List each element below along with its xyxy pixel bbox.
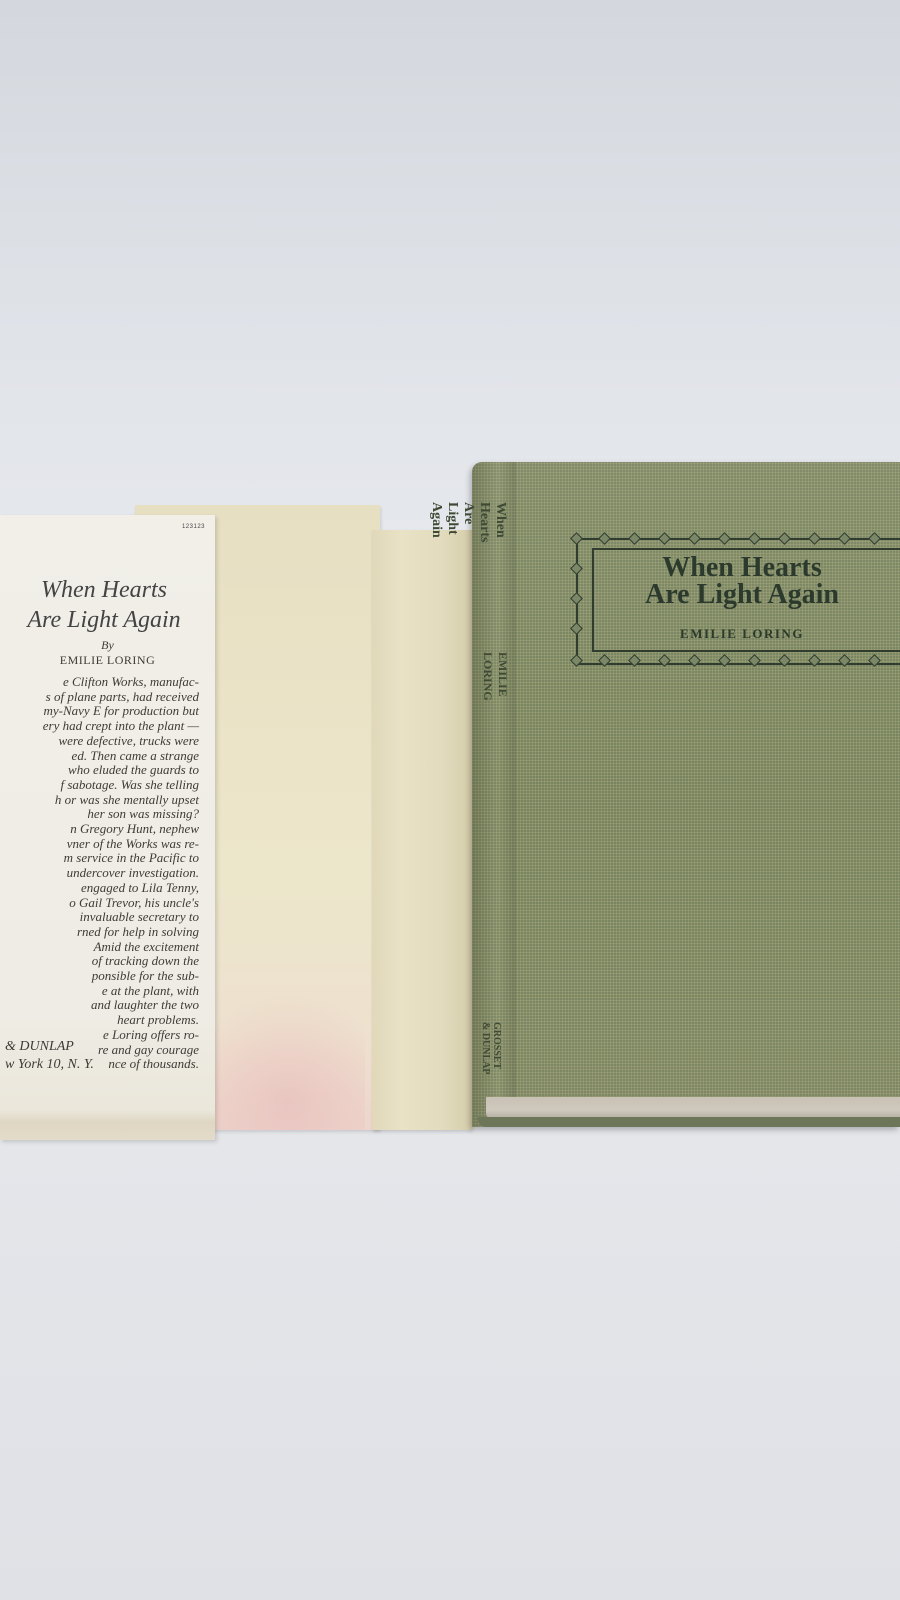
flap-title: When Hearts Are Light Again bbox=[0, 575, 214, 635]
cover-title-line-2: Are Light Again bbox=[592, 581, 892, 608]
page-edges bbox=[486, 1097, 900, 1119]
flap-code: 123123 bbox=[182, 524, 205, 530]
flap-title-line-2: Are Light Again bbox=[0, 605, 214, 635]
cover-author: EMILIE LORING bbox=[592, 626, 892, 642]
cloth-book: When Hearts Are Light Again EMILIE LORIN… bbox=[472, 462, 900, 1127]
flap-stain bbox=[0, 1110, 215, 1140]
flap-by: By bbox=[0, 638, 215, 653]
cover-title: When Hearts Are Light Again bbox=[592, 554, 892, 608]
flap-blurb: e Clifton Works, manufac- s of plane par… bbox=[0, 675, 199, 1072]
spine-title: When Hearts Are Light Again bbox=[478, 502, 508, 542]
dust-jacket-flap: 123123 When Hearts Are Light Again By EM… bbox=[0, 515, 215, 1140]
spine-author: EMILIE LORING bbox=[480, 652, 510, 701]
photo-scene: 123123 When Hearts Are Light Again By EM… bbox=[0, 0, 900, 1600]
dust-jacket-spine bbox=[372, 530, 472, 1130]
flap-author: EMILIE LORING bbox=[0, 653, 215, 668]
flap-publisher: & DUNLAP w York 10, N. Y. bbox=[5, 1038, 94, 1074]
back-board bbox=[478, 1117, 900, 1127]
cover-title-line-1: When Hearts bbox=[592, 554, 892, 581]
flap-title-line-1: When Hearts bbox=[0, 575, 214, 605]
spine-publisher: GROSSET & DUNLAP bbox=[480, 1022, 502, 1075]
